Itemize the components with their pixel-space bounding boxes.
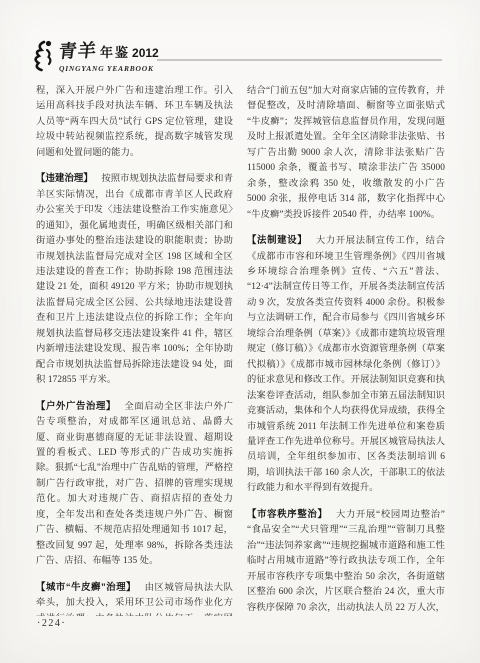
body-text: 结合“门前五包”加大对商家店铺的宣传教育，并督促整改，及时清除墙面、橱窗等立面张…	[247, 86, 445, 220]
logo-text-block: 青羊 年鉴 2012 QINGYANG YEARBOOK	[59, 37, 159, 73]
paragraph-continuation: 结合“门前五包”加大对商家店铺的宣传教育，并督促整改，及时清除墙面、橱窗等立面张…	[247, 84, 445, 223]
body-text: 全面启动全区非法户外广告专项整治，对成都军区通讯总站、晶爵大厦、商业街惠德商厦的…	[36, 402, 233, 567]
section-heading: 【户外广告治理】	[36, 400, 116, 411]
section-heading: 【城市“牛皮癣”治理】	[36, 581, 136, 592]
paragraph-illegal-construction: 【违建治理】按照市规划执法监督局要求和青羊区实际情况，出台《成都市青羊区人民政府…	[36, 170, 233, 388]
logo-title-calligraphy: 青羊	[58, 36, 99, 63]
paragraph-outdoor-ads: 【户外广告治理】全面启动全区非法户外广告专项整治，对成都军区通讯总站、晶爵大厦、…	[36, 398, 233, 570]
page-number: ·224·	[37, 618, 66, 629]
body-text: 大力开展法制宣传工作，结合《成都市市容和环境卫生管理条例》《四川省城乡环境综合治…	[247, 236, 445, 493]
paragraph-continuation: 程，深入开展户外广告和违建治理工作。引入运用高科技手段对执法车辆、环卫车辆及执法…	[36, 84, 233, 161]
body-text: 大力开展“校园周边整治”“食品安全”“犬只管理”“三乱治理”“管制刀具整治”“违…	[247, 510, 445, 616]
section-heading: 【违建治理】	[36, 172, 93, 183]
right-column: 结合“门前五包”加大对商家店铺的宣传教育，并督促整改，及时清除墙面、橱窗等立面张…	[247, 84, 445, 616]
body-text: 程，深入开展户外广告和违建治理工作。引入运用高科技手段对执法车辆、环卫车辆及执法…	[36, 86, 233, 158]
logo-title: 年鉴	[100, 42, 130, 61]
ram-logo-icon	[34, 38, 56, 72]
header-divider-line	[157, 59, 442, 61]
left-column: 程，深入开展户外广告和违建治理工作。引入运用高科技手段对执法车辆、环卫车辆及执法…	[36, 84, 233, 616]
paragraph-city-order: 【市容秩序整治】大力开展“校园周边整治”“食品安全”“犬只管理”“三乱治理”“管…	[247, 506, 445, 616]
body-text: 按照市规划执法监督局要求和青羊区实际情况，出台《成都市青羊区人民政府办公室关于印…	[36, 174, 233, 385]
yearbook-logo: 青羊 年鉴 2012 QINGYANG YEARBOOK	[34, 37, 159, 73]
logo-subtitle: QINGYANG YEARBOOK	[59, 64, 159, 73]
section-heading: 【法制建设】	[247, 234, 307, 245]
logo-year: 2012	[132, 46, 159, 60]
paragraph-legal-system: 【法制建设】大力开展法制宣传工作，结合《成都市市容和环境卫生管理条例》《四川省城…	[247, 232, 445, 497]
logo-title-row: 青羊 年鉴 2012	[59, 37, 159, 63]
yearbook-page: 青羊 年鉴 2012 QINGYANG YEARBOOK 程，深入开展户外广告和…	[0, 0, 480, 663]
paragraph-psoriasis-ads: 【城市“牛皮癣”治理】由区城管局执法大队牵头，加大投入，采用环卫公司市场作业化方…	[36, 579, 233, 616]
section-heading: 【市容秩序整治】	[247, 508, 328, 519]
